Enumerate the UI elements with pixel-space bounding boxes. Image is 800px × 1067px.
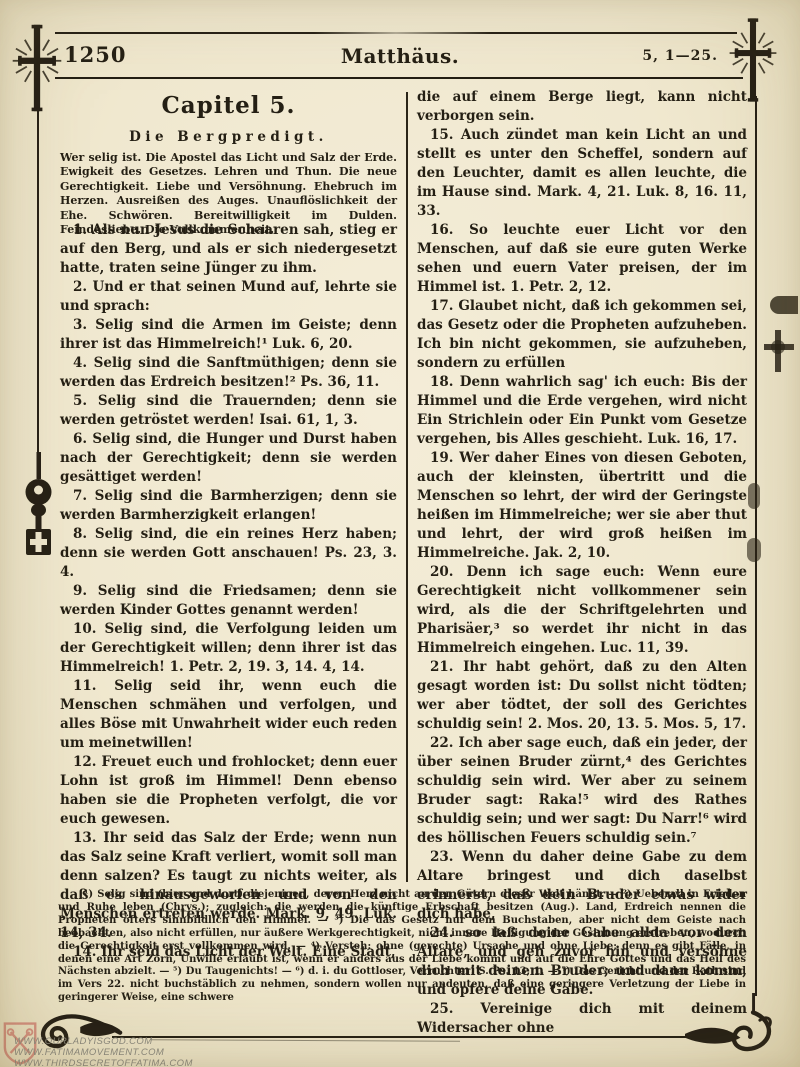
verse-8: 8. Selig sind, die ein reines Herz haben… (60, 525, 397, 582)
watermark-url-3: WWW.THIRDSECRETOFFATIMA.COM (14, 1058, 193, 1067)
verse-range: 5, 1—25. (642, 48, 718, 64)
verse-3: 3. Selig sind die Armen im Geiste; denn … (60, 316, 397, 354)
footnotes-block: ¹) Selig sind (hier und dort) diejenigen… (58, 889, 746, 1005)
page-edge-mark (770, 296, 798, 314)
corner-cross-left-icon (10, 20, 64, 116)
page-edge-cross-mark (762, 330, 796, 372)
verse-16: 16. So leuchte euer Licht vor den Mensch… (417, 221, 747, 297)
verse-7: 7. Selig sind die Barmherzigen; denn sie… (60, 487, 397, 525)
verse-12: 12. Freuet euch und frohlocket; denn eue… (60, 753, 397, 829)
verse-9: 9. Selig sind die Friedsamen; denn sie w… (60, 582, 397, 620)
verse-6: 6. Selig sind, die Hunger und Durst habe… (60, 430, 397, 487)
verse-2: 2. Und er that seinen Mund auf, lehrte s… (60, 278, 397, 316)
verse-15: 15. Auch zündet man kein Licht an und st… (417, 126, 747, 221)
watermark-url-2: WWW.FATIMAMOVEMENT.COM (14, 1047, 164, 1058)
chapter-heading: Capitel 5. (60, 92, 397, 119)
verse-17: 17. Glaubet nicht, daß ich gekommen sei,… (417, 297, 747, 373)
left-column: 1. Als nun Jesus die Schaaren sah, stieg… (60, 221, 397, 962)
verse-18: 18. Denn wahrlich sag' ich euch: Bis der… (417, 373, 747, 449)
key-border-icon (19, 452, 59, 564)
top-border-rule (55, 32, 737, 34)
verse-22: 22. Ich aber sage euch, daß ein jeder, d… (417, 734, 747, 848)
column-divider (406, 92, 408, 882)
bottom-rule (112, 1036, 688, 1038)
verse-10: 10. Selig sind, die Verfolgung leiden um… (60, 620, 397, 677)
page-edge-mark (748, 483, 760, 509)
bottom-rule-secondary (150, 1039, 460, 1042)
verse-5: 5. Selig sind die Trauernden; denn sie w… (60, 392, 397, 430)
verse-14-continuation: die auf einem Berge liegt, kann nicht ve… (417, 88, 747, 126)
scanned-bible-page: 1250 Matthäus. 5, 1—25. Capitel 5. Die B… (0, 0, 800, 1067)
section-title: Die Bergpredigt. (60, 129, 397, 145)
verse-11: 11. Selig seid ihr, wenn euch die Mensch… (60, 677, 397, 753)
verse-19: 19. Wer daher Eines von diesen Geboten, … (417, 449, 747, 563)
left-border-line (37, 110, 39, 454)
page-edge-mark (747, 538, 761, 562)
watermark-url-1: WWW.OURLADYISGOD.COM (14, 1036, 153, 1047)
verse-20: 20. Denn ich sage euch: Wenn eure Gerech… (417, 563, 747, 658)
verse-21: 21. Ihr habt gehört, daß zu den Alten ge… (417, 658, 747, 734)
verse-1: 1. Als nun Jesus die Schaaren sah, stieg… (60, 221, 397, 278)
verse-4: 4. Selig sind die Sanftmüthigen; denn si… (60, 354, 397, 392)
bottom-right-flourish-icon (682, 993, 794, 1063)
header-rule (55, 77, 743, 79)
